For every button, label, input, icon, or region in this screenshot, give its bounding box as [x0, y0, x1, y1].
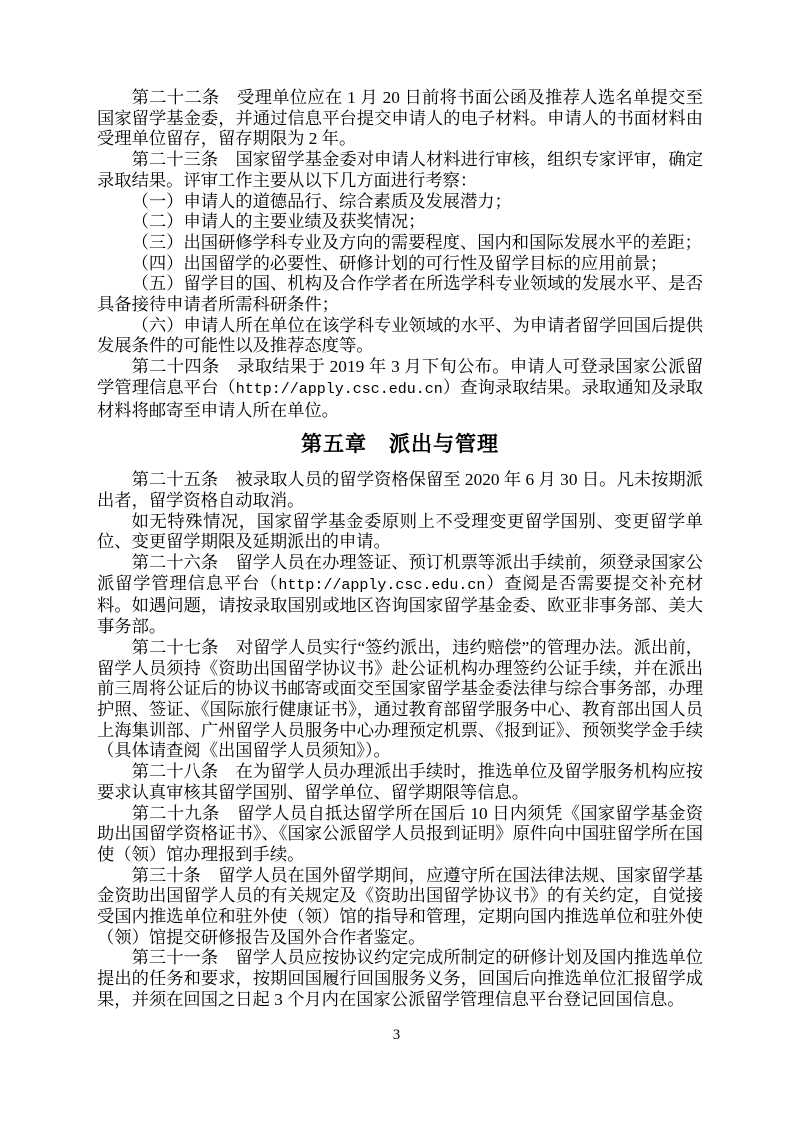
paragraph-article-25: 第二十五条 被录取人员的留学资格保留至 2020 年 6 月 30 日。凡未按期… — [97, 470, 703, 511]
review-criterion-1: （一）申请人的道德品行、综合素质及发展潜力； — [97, 192, 703, 213]
csc-platform-url: http://apply.csc.edu.cn — [278, 577, 485, 594]
review-criterion-3: （三）出国研修学科专业及方向的需要程度、国内和国际发展水平的差距； — [97, 233, 703, 254]
csc-platform-url: http://apply.csc.edu.cn — [236, 381, 443, 398]
paragraph-article-26: 第二十六条 留学人员在办理签证、预订机票等派出手续前，须登录国家公派留学管理信息… — [97, 553, 703, 638]
page-number: 3 — [0, 1026, 793, 1044]
review-criterion-2: （二）申请人的主要业绩及获奖情况； — [97, 212, 703, 233]
document-page: 第二十二条 受理单位应在 1 月 20 日前将书面公函及推荐人选名单提交至国家留… — [0, 0, 793, 1122]
document-body: 第二十二条 受理单位应在 1 月 20 日前将书面公函及推荐人选名单提交至国家留… — [97, 88, 703, 1011]
paragraph-article-29: 第二十九条 留学人员自抵达留学所在国后 10 日内须凭《国家留学基金资助出国留学… — [97, 804, 703, 866]
paragraph-article-23: 第二十三条 国家留学基金委对申请人材料进行审核，组织专家评审，确定录取结果。评审… — [97, 150, 703, 191]
review-criterion-6: （六）申请人所在单位在该学科专业领域的水平、为申请者留学回国后提供发展条件的可能… — [97, 316, 703, 357]
paragraph-article-31: 第三十一条 留学人员应按协议约定完成所制定的研修计划及国内推选单位提出的任务和要… — [97, 948, 703, 1010]
paragraph-article-30: 第三十条 留学人员在国外留学期间，应遵守所在国法律法规、国家留学基金资助出国留学… — [97, 866, 703, 949]
paragraph-article-24: 第二十四条 录取结果于 2019 年 3 月下旬公布。申请人可登录国家公派留学管… — [97, 357, 703, 421]
review-criterion-5: （五）留学目的国、机构及合作学者在所选学科专业领域的发展水平、是否具备接待申请者… — [97, 274, 703, 315]
paragraph-article-27: 第二十七条 对留学人员实行“签约派出，违约赔偿”的管理办法。派出前，留学人员须持… — [97, 638, 703, 762]
paragraph-article-28: 第二十八条 在为留学人员办理派出手续时，推选单位及留学服务机构应按要求认真审核其… — [97, 762, 703, 803]
chapter-5-heading: 第五章 派出与管理 — [97, 430, 703, 459]
paragraph-article-22: 第二十二条 受理单位应在 1 月 20 日前将书面公函及推荐人选名单提交至国家留… — [97, 88, 703, 150]
review-criterion-4: （四）出国留学的必要性、研修计划的可行性及留学目标的应用前景； — [97, 254, 703, 275]
paragraph-article-25-supplement: 如无特殊情况，国家留学基金委原则上不受理变更留学国别、变更留学单位、变更留学期限… — [97, 512, 703, 553]
